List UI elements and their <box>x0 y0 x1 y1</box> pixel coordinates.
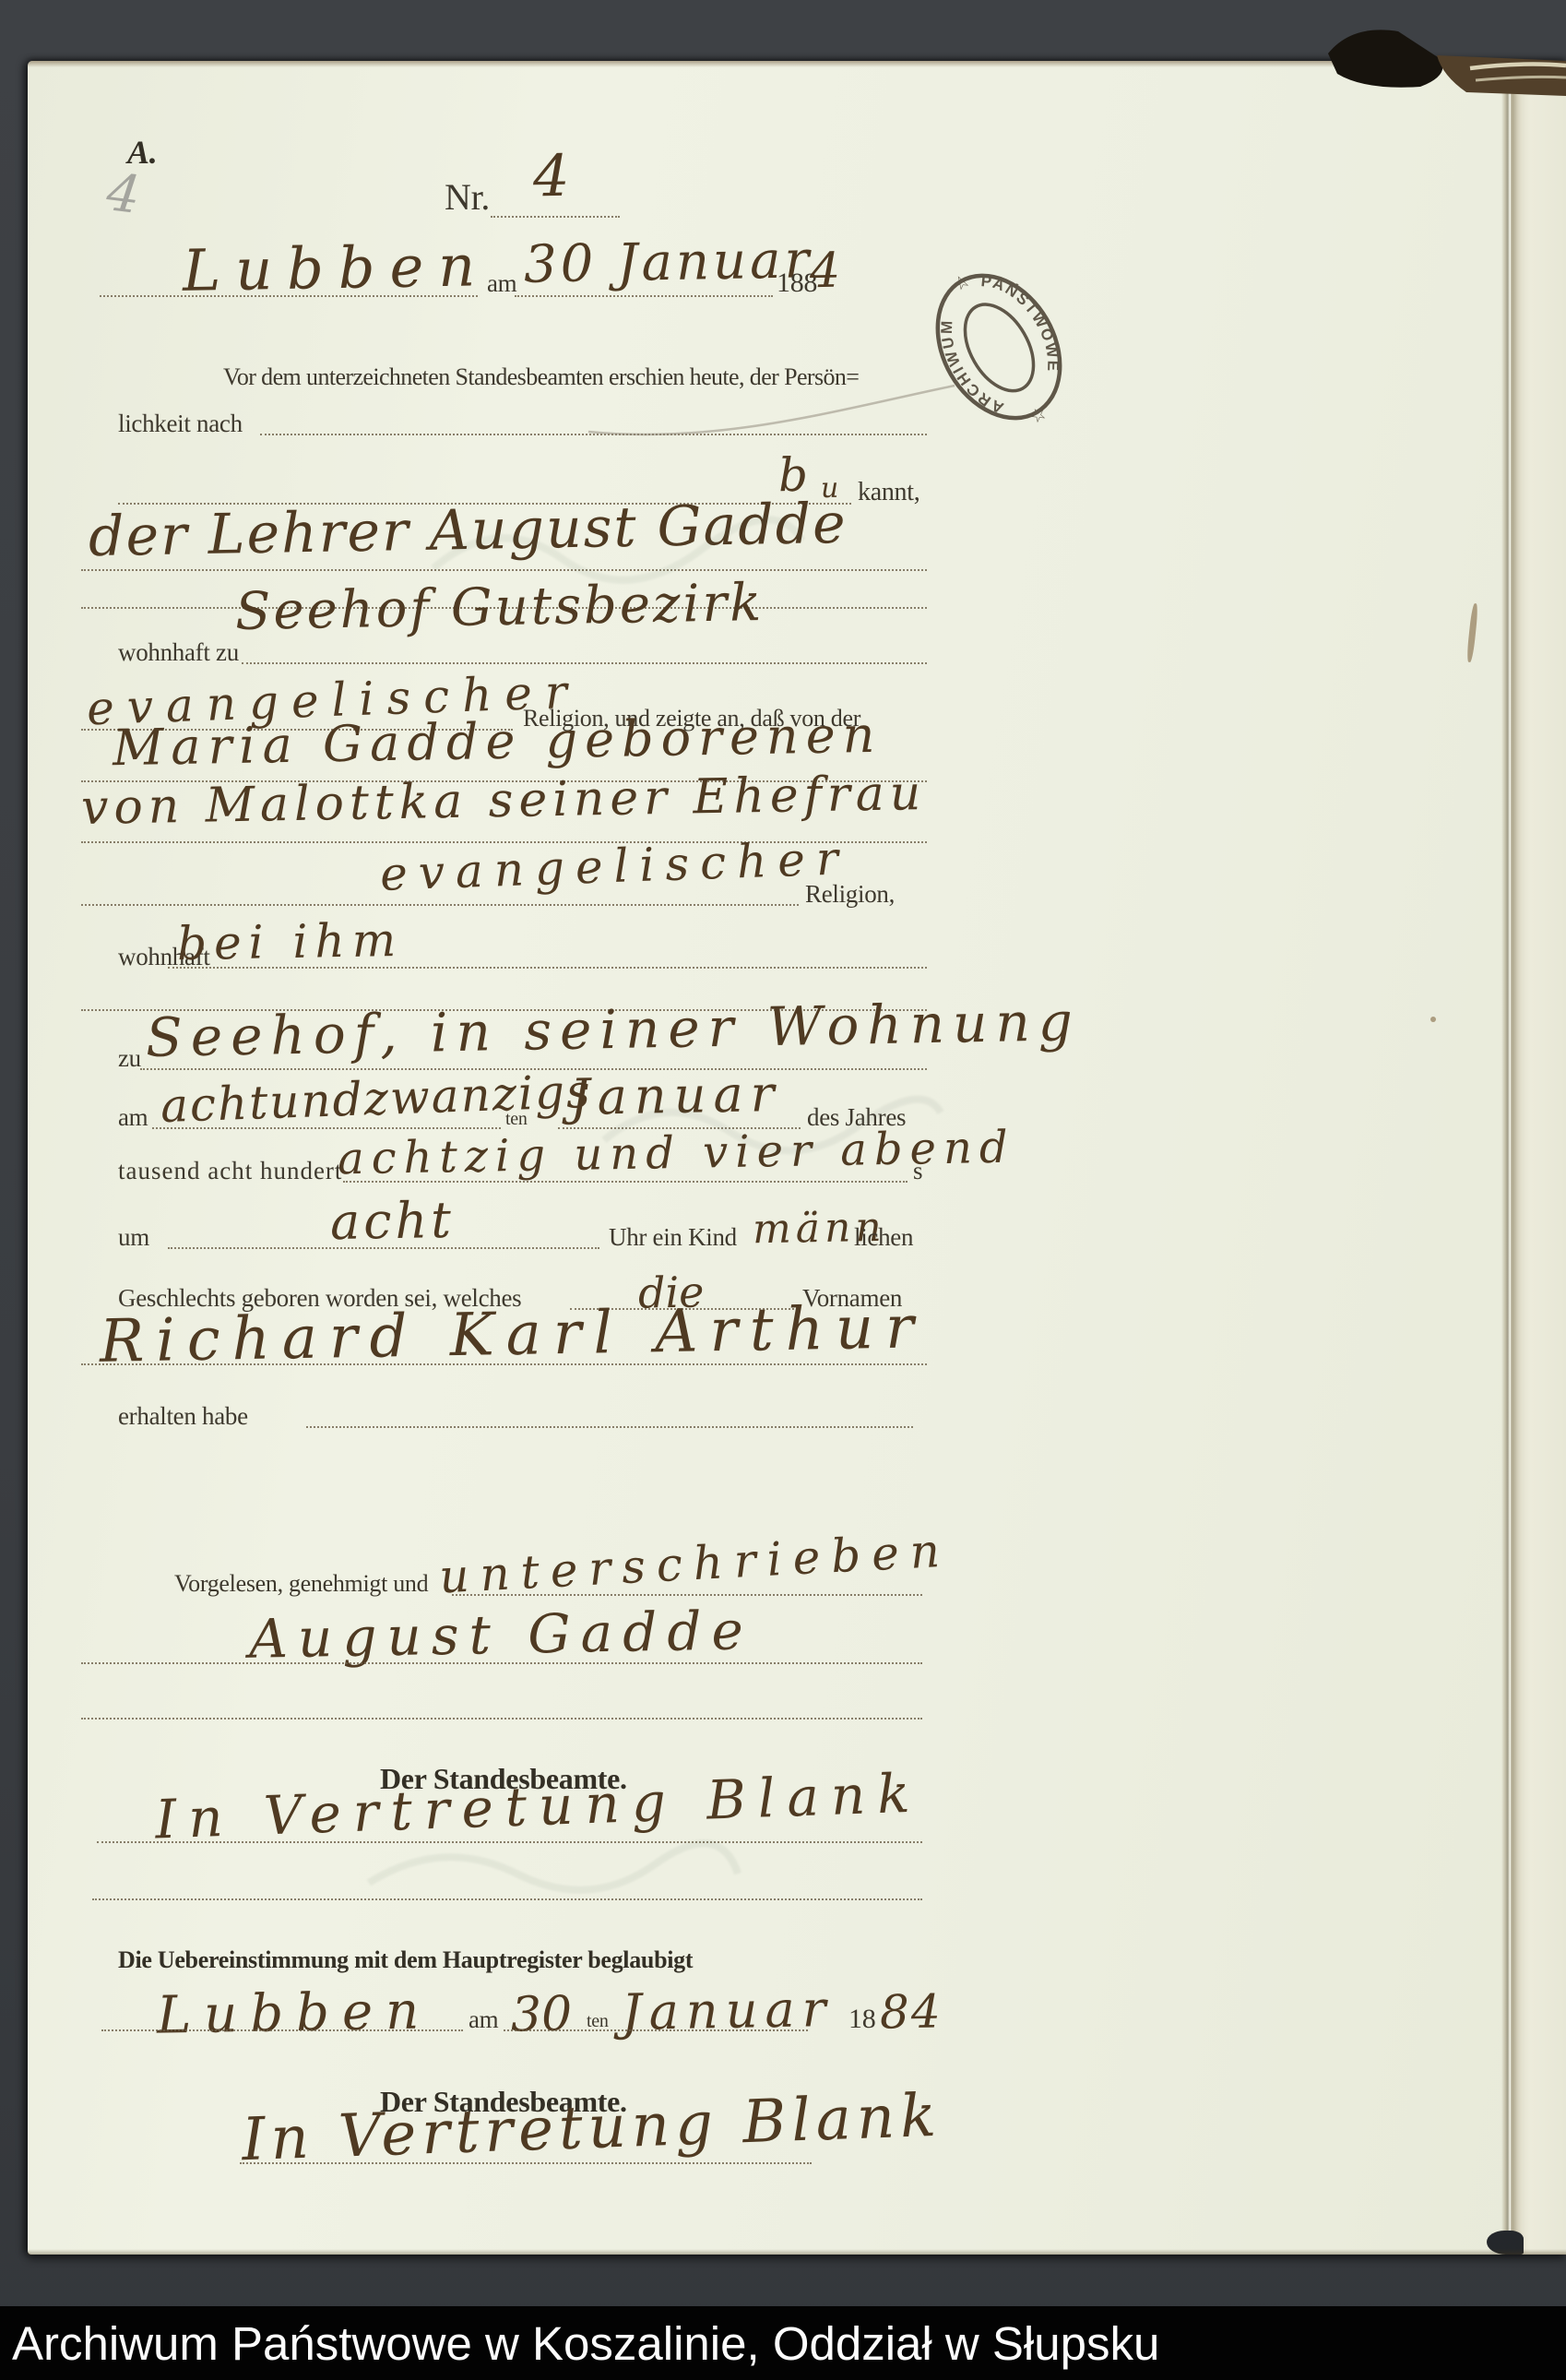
pencil-number: 4 <box>103 162 143 226</box>
dotted-line <box>491 216 620 218</box>
ink-bleedthrough <box>424 494 812 605</box>
next-page-edge <box>1511 61 1566 2255</box>
archive-caption-bar: Archiwum Państwowe w Koszalinie, Oddział… <box>0 2306 1566 2380</box>
dotted-line <box>168 1247 599 1249</box>
bottom-edge-notch <box>1487 2231 1524 2255</box>
religion2-printed: Religion, <box>805 880 895 909</box>
mother-name-line1: Maria Gadde geborenen <box>113 706 883 778</box>
dotted-line <box>101 2029 463 2031</box>
archive-caption-text: Archiwum Państwowe w Koszalinie, Oddział… <box>12 2306 1159 2380</box>
svg-text:PAŃSTWOWE: PAŃSTWOWE <box>973 255 1075 387</box>
certification-year-printed: 18 <box>848 2004 875 2035</box>
archival-scan-photo: A. 4 Nr. 4 Lubben am 30 Januar 188 4 ARC… <box>0 0 1566 2380</box>
dotted-line <box>306 1426 913 1428</box>
dotted-line <box>504 2029 808 2031</box>
pencil-curve <box>581 371 968 454</box>
page-crease <box>1501 61 1513 2255</box>
birth-hour-hand: acht <box>329 1191 455 1251</box>
um-label: um <box>118 1223 149 1252</box>
binding-dark-fragment <box>1328 30 1442 87</box>
birth-day-hand: achtundzwanzigs <box>160 1065 592 1133</box>
dotted-line <box>515 295 773 297</box>
record-place: Lubben <box>182 232 490 304</box>
dotted-line <box>452 1594 922 1596</box>
stamp-star-top-icon: ☆ <box>950 270 975 296</box>
declarant-signature: August Gadde <box>248 1599 753 1671</box>
tausend-label: tausend acht hundert <box>118 1157 342 1185</box>
dotted-line <box>240 2162 812 2164</box>
residence-label: wohnhaft zu <box>118 638 239 667</box>
certification-text: Die Uebereinstimmung mit dem Hauptregist… <box>118 1946 693 1974</box>
certification-am-label: am <box>469 2005 498 2034</box>
ten-suffix: ten <box>505 1109 528 1130</box>
torn-binding-fragments <box>1308 9 1566 113</box>
vorgelesen-label: Vorgelesen, genehmigt und <box>174 1570 428 1598</box>
certification-day: 30 <box>510 1986 572 2042</box>
dotted-line <box>168 967 927 969</box>
ink-blot <box>1466 603 1479 662</box>
certification-place: Lubben <box>156 1981 432 2045</box>
residence2-value: bei ihm <box>177 913 404 970</box>
dotted-line <box>100 295 478 297</box>
intro-line2-label: lichkeit nach <box>118 410 243 438</box>
ink-bleedthrough <box>599 1076 950 1177</box>
registrar-deputy-signature-2: In Vertretung Blank <box>241 2082 943 2174</box>
unterschrieben-hand: unterschrieben <box>438 1524 952 1604</box>
year-hand: 4 <box>809 244 840 300</box>
nr-value: 4 <box>532 142 570 210</box>
nr-label: Nr. <box>445 175 490 219</box>
birth-date-am-label: am <box>118 1103 148 1132</box>
dotted-line <box>152 1127 501 1129</box>
stamp-text-panstwowe: PAŃSTWOWE <box>973 255 1075 387</box>
mother-name-line2: von Malottka seiner Ehefrau <box>81 766 927 836</box>
birth-place-label: zu <box>118 1044 141 1073</box>
am-label: am <box>487 269 516 298</box>
uhr-ein-kind-label: Uhr ein Kind <box>609 1223 737 1252</box>
dotted-line <box>343 1181 908 1183</box>
dotted-line <box>242 662 927 664</box>
erhalten-habe-label: erhalten habe <box>118 1402 248 1431</box>
dotted-line <box>81 1363 927 1365</box>
certification-month: Januar <box>621 1980 833 2041</box>
document-page: A. 4 Nr. 4 Lubben am 30 Januar 188 4 ARC… <box>28 61 1566 2255</box>
ink-speck <box>1430 1017 1436 1022</box>
dotted-line <box>81 1718 922 1720</box>
lichen-label: lichen <box>854 1223 913 1252</box>
certification-year-hand: 84 <box>879 1984 943 2039</box>
bekannt-printed: kannt, <box>858 478 919 507</box>
dotted-line <box>81 904 799 906</box>
record-date: 30 Januar <box>523 230 813 294</box>
birth-place-value: Seehof, in seiner Wohnung <box>145 990 1081 1069</box>
ink-bleedthrough <box>360 1814 747 1924</box>
dotted-line <box>81 1662 922 1664</box>
